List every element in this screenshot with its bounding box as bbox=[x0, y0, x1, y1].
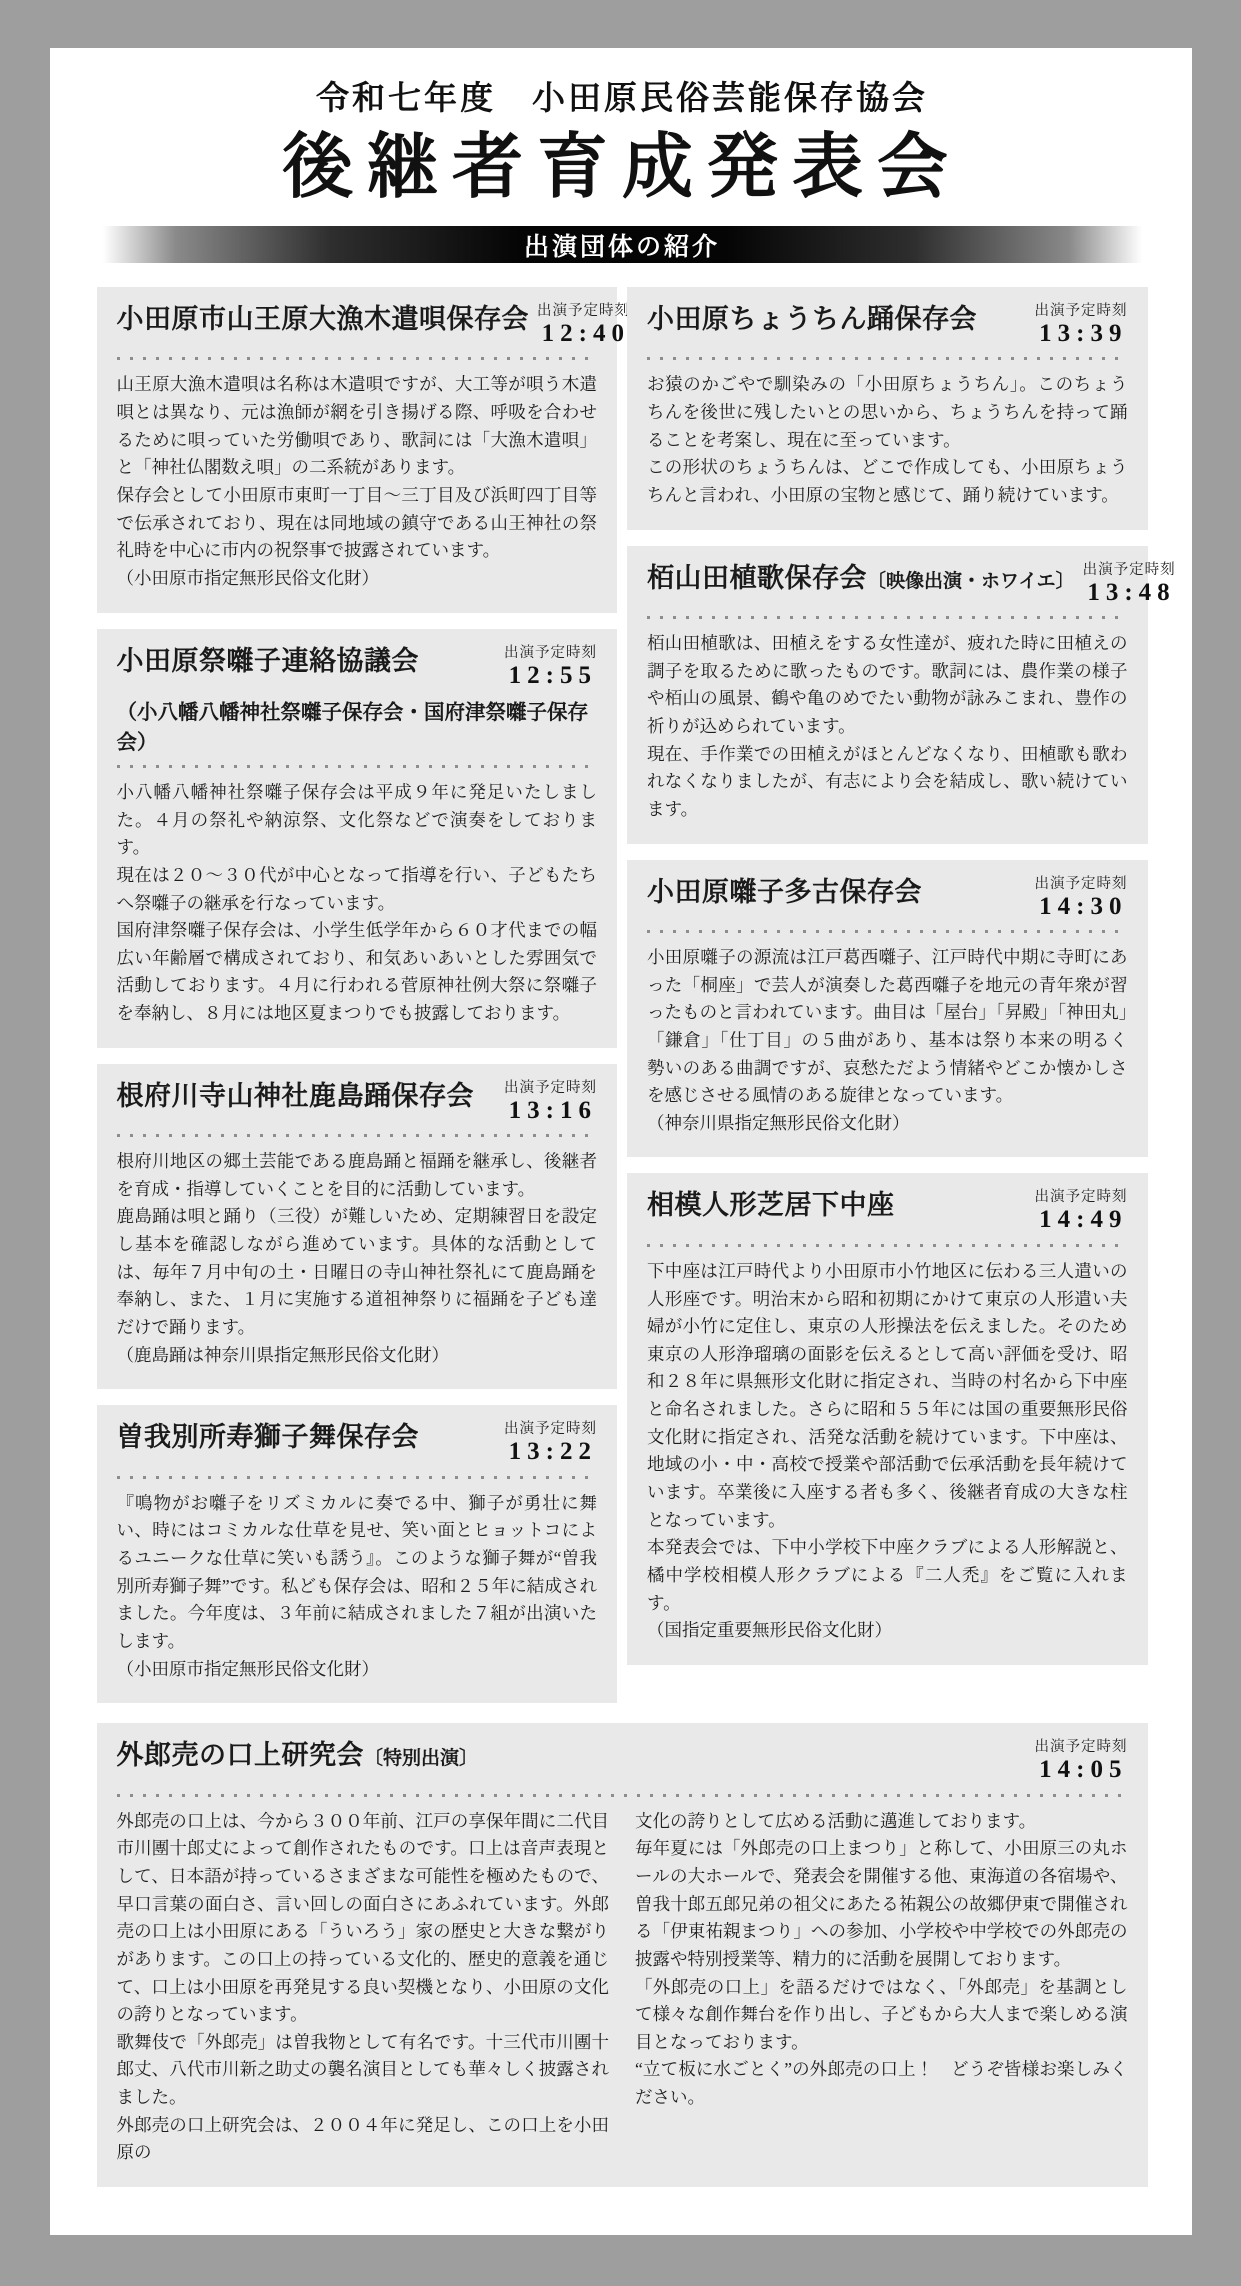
right-column: 小田原ちょうちん踊保存会 出演予定時刻 13:39 お猿のかごやで馴染みの「小田… bbox=[627, 287, 1148, 1681]
description-paragraph: 国府津祭囃子保存会は、小学生低学年から６０才代までの幅広い年齢層で構成されており… bbox=[117, 917, 598, 1028]
time-label: 出演予定時刻 bbox=[504, 1422, 597, 1438]
performance-time: 出演予定時刻 12:40 bbox=[537, 304, 630, 347]
time-label: 出演予定時刻 bbox=[504, 646, 597, 662]
designation-note: （小田原市指定無形民俗文化財） bbox=[117, 1656, 598, 1684]
card-head: 小田原ちょうちん踊保存会 出演予定時刻 13:39 bbox=[647, 304, 1128, 347]
description-paragraph: この形状のちょうちんは、どこで作成しても、小田原ちょうちんと言われ、小田原の宝物… bbox=[647, 454, 1128, 509]
group-title: 根府川寺山神社鹿島踊保存会 bbox=[117, 1081, 475, 1112]
time-value: 12:40 bbox=[537, 320, 630, 348]
card-head: 小田原祭囃子連絡協議会 出演予定時刻 12:55 bbox=[117, 646, 598, 689]
group-title: 栢山田植歌保存会〔映像出演・ホワイエ〕 bbox=[647, 563, 1075, 594]
card-head: 根府川寺山神社鹿島踊保存会 出演予定時刻 13:16 bbox=[117, 1081, 598, 1124]
description-paragraph: 文化の誇りとして広める活動に邁進しております。 bbox=[635, 1808, 1128, 1836]
performance-time: 出演予定時刻 12:55 bbox=[504, 646, 597, 689]
special-left-column: 外郎売の口上は、今から３００年前、江戸の享保年間に二代目市川團十郎丈によって創作… bbox=[117, 1808, 610, 2167]
group-title-note: 〔映像出演・ホワイエ〕 bbox=[867, 571, 1075, 592]
time-value: 14:05 bbox=[1035, 1756, 1128, 1784]
time-label: 出演予定時刻 bbox=[1035, 304, 1128, 320]
left-column: 小田原市山王原大漁木遣唄保存会 出演予定時刻 12:40 山王原大漁木遣唄は名称… bbox=[97, 287, 618, 1719]
description-paragraph: 本発表会では、下中小学校下中座クラブによる人形解説と、橘中学校相模人形クラブによ… bbox=[647, 1534, 1128, 1617]
group-title: 曽我別所寿獅子舞保存会 bbox=[117, 1422, 420, 1453]
time-label: 出演予定時刻 bbox=[1083, 563, 1176, 579]
group-card-sannohara: 小田原市山王原大漁木遣唄保存会 出演予定時刻 12:40 山王原大漁木遣唄は名称… bbox=[97, 287, 618, 613]
group-card-sogabessho: 曽我別所寿獅子舞保存会 出演予定時刻 13:22 『鳴物がお囃子をリズミカルに奏… bbox=[97, 1405, 618, 1703]
description-paragraph: 鹿島踊は唄と踊り（三役）が難しいため、定期練習日を設定し基本を確認しながら進めて… bbox=[117, 1203, 598, 1341]
group-card-matsuribayashi: 小田原祭囃子連絡協議会 出演予定時刻 12:55 （小八幡八幡神社祭囃子保存会・… bbox=[97, 629, 618, 1048]
performance-time: 出演予定時刻 13:22 bbox=[504, 1422, 597, 1465]
group-card-shimonakaza: 相模人形芝居下中座 出演予定時刻 14:49 下中座は江戸時代より小田原市小竹地… bbox=[627, 1173, 1148, 1664]
time-value: 14:49 bbox=[1035, 1206, 1128, 1234]
flyer-header: 令和七年度 小田原民俗芸能保存協会 後継者育成発表会 bbox=[97, 72, 1148, 204]
description-paragraph: 現在、手作業での田植えがほとんどなくなり、田植歌も歌われなくなりましたが、有志に… bbox=[647, 741, 1128, 824]
group-card-chochin: 小田原ちょうちん踊保存会 出演予定時刻 13:39 お猿のかごやで馴染みの「小田… bbox=[627, 287, 1148, 530]
group-card-kayama: 栢山田植歌保存会〔映像出演・ホワイエ〕 出演予定時刻 13:48 栢山田植歌は、… bbox=[627, 546, 1148, 844]
description-paragraph: 外郎売の口上研究会は、２００４年に発足し、この口上を小田原の bbox=[117, 2112, 610, 2167]
group-card-tako: 小田原囃子多古保存会 出演予定時刻 14:30 小田原囃子の源流は江戸葛西囃子、… bbox=[627, 860, 1148, 1158]
card-head: 小田原市山王原大漁木遣唄保存会 出演予定時刻 12:40 bbox=[117, 304, 598, 347]
card-head: 小田原囃子多古保存会 出演予定時刻 14:30 bbox=[647, 877, 1128, 920]
banner-label: 出演団体の紹介 bbox=[524, 227, 720, 263]
description-paragraph: 小田原囃子の源流は江戸葛西囃子、江戸時代中期に寺町にあった「桐座」で芸人が演奏し… bbox=[647, 944, 1128, 1110]
card-head: 相模人形芝居下中座 出演予定時刻 14:49 bbox=[647, 1190, 1128, 1233]
card-head: 外郎売の口上研究会〔特別出演〕 出演予定時刻 14:05 bbox=[117, 1740, 1128, 1783]
group-title: 相模人形芝居下中座 bbox=[647, 1190, 895, 1221]
group-title: 小田原市山王原大漁木遣唄保存会 bbox=[117, 304, 530, 335]
special-two-columns: 外郎売の口上は、今から３００年前、江戸の享保年間に二代目市川團十郎丈によって創作… bbox=[117, 1808, 1128, 2167]
dotted-divider bbox=[647, 930, 1128, 933]
special-card-uirouri: 外郎売の口上研究会〔特別出演〕 出演予定時刻 14:05 外郎売の口上は、今から… bbox=[97, 1723, 1148, 2187]
description-paragraph: 現在は２０〜３０代が中心となって指導を行い、子どもたちへ祭囃子の継承を行なってい… bbox=[117, 862, 598, 917]
page-title: 後継者育成発表会 bbox=[97, 133, 1148, 204]
description-paragraph: 毎年夏には「外郎売の口上まつり」と称して、小田原三の丸ホールの大ホールで、発表会… bbox=[635, 1835, 1128, 1973]
description-paragraph: お猿のかごやで馴染みの「小田原ちょうちん」。このちょうちんを後世に残したいとの思… bbox=[647, 371, 1128, 454]
time-label: 出演予定時刻 bbox=[537, 304, 630, 320]
card-head: 栢山田植歌保存会〔映像出演・ホワイエ〕 出演予定時刻 13:48 bbox=[647, 563, 1128, 606]
description-paragraph: 『鳴物がお囃子をリズミカルに奏でる中、獅子が勇壮に舞い、時にはコミカルな仕草を見… bbox=[117, 1490, 598, 1656]
group-title-main: 栢山田植歌保存会 bbox=[647, 563, 867, 593]
performance-time: 出演予定時刻 14:05 bbox=[1035, 1740, 1128, 1783]
designation-note: （小田原市指定無形民俗文化財） bbox=[117, 565, 598, 593]
performance-time: 出演予定時刻 13:16 bbox=[504, 1081, 597, 1124]
time-value: 14:30 bbox=[1035, 893, 1128, 921]
group-card-nebukawa: 根府川寺山神社鹿島踊保存会 出演予定時刻 13:16 根府川地区の郷土芸能である… bbox=[97, 1064, 618, 1390]
flyer-page: 令和七年度 小田原民俗芸能保存協会 後継者育成発表会 出演団体の紹介 小田原市山… bbox=[50, 48, 1192, 2235]
time-label: 出演予定時刻 bbox=[504, 1081, 597, 1097]
description-paragraph: 小八幡八幡神社祭囃子保存会は平成９年に発足いたしました。４月の祭礼や納涼祭、文化… bbox=[117, 779, 598, 862]
description-paragraph: 保存会として小田原市東町一丁目〜三丁目及び浜町四丁目等で伝承されており、現在は同… bbox=[117, 482, 598, 565]
dotted-divider bbox=[117, 357, 598, 360]
special-right-column: 文化の誇りとして広める活動に邁進しております。 毎年夏には「外郎売の口上まつり」… bbox=[635, 1808, 1128, 2167]
description-paragraph: “立て板に水ごとく”の外郎売の口上！ どうぞ皆様お楽しみください。 bbox=[635, 2056, 1128, 2111]
dotted-divider bbox=[117, 1794, 1128, 1797]
group-title: 外郎売の口上研究会〔特別出演〕 bbox=[117, 1740, 479, 1771]
description-paragraph: 下中座は江戸時代より小田原市小竹地区に伝わる三人遣いの人形座です。明治末から昭和… bbox=[647, 1258, 1128, 1534]
section-banner: 出演団体の紹介 bbox=[103, 226, 1142, 263]
dotted-divider bbox=[647, 616, 1128, 619]
designation-note: （鹿島踊は神奈川県指定無形民俗文化財） bbox=[117, 1342, 598, 1370]
group-title-note: 〔特別出演〕 bbox=[364, 1748, 478, 1769]
performance-time: 出演予定時刻 14:30 bbox=[1035, 877, 1128, 920]
description-paragraph: 根府川地区の郷土芸能である鹿島踊と福踊を継承し、後継者を育成・指導していくことを… bbox=[117, 1148, 598, 1203]
description-paragraph: 歌舞伎で「外郎売」は曽我物として有名です。十三代市川團十郎丈、八代市川新之助丈の… bbox=[117, 2029, 610, 2112]
description-paragraph: 外郎売の口上は、今から３００年前、江戸の享保年間に二代目市川團十郎丈によって創作… bbox=[117, 1808, 610, 2029]
dotted-divider bbox=[647, 1244, 1128, 1247]
group-subtitle: （小八幡八幡神社祭囃子保存会・国府津祭囃子保存会） bbox=[117, 695, 598, 755]
group-title-main: 外郎売の口上研究会 bbox=[117, 1740, 365, 1770]
group-title: 小田原祭囃子連絡協議会 bbox=[117, 646, 420, 677]
time-value: 13:39 bbox=[1035, 320, 1128, 348]
dotted-divider bbox=[117, 1476, 598, 1479]
performance-time: 出演予定時刻 13:48 bbox=[1083, 563, 1176, 606]
description-paragraph: 山王原大漁木遣唄は名称は木遣唄ですが、大工等が唄う木遣唄とは異なり、元は漁師が網… bbox=[117, 371, 598, 482]
association-line: 令和七年度 小田原民俗芸能保存協会 bbox=[97, 72, 1148, 119]
designation-note: （神奈川県指定無形民俗文化財） bbox=[647, 1110, 1128, 1138]
group-title: 小田原囃子多古保存会 bbox=[647, 877, 922, 908]
time-label: 出演予定時刻 bbox=[1035, 1740, 1128, 1756]
dotted-divider bbox=[647, 357, 1128, 360]
performance-time: 出演予定時刻 14:49 bbox=[1035, 1190, 1128, 1233]
card-head: 曽我別所寿獅子舞保存会 出演予定時刻 13:22 bbox=[117, 1422, 598, 1465]
time-label: 出演予定時刻 bbox=[1035, 1190, 1128, 1206]
time-value: 13:48 bbox=[1083, 579, 1176, 607]
time-value: 13:16 bbox=[504, 1097, 597, 1125]
time-value: 13:22 bbox=[504, 1438, 597, 1466]
description-paragraph: 「外郎売の口上」を語るだけではなく、「外郎売」を基調として様々な創作舞台を作り出… bbox=[635, 1974, 1128, 2057]
time-value: 12:55 bbox=[504, 662, 597, 690]
description-paragraph: 栢山田植歌は、田植えをする女性達が、疲れた時に田植えの調子を取るために歌ったもの… bbox=[647, 630, 1128, 741]
time-label: 出演予定時刻 bbox=[1035, 877, 1128, 893]
dotted-divider bbox=[117, 1134, 598, 1137]
group-title: 小田原ちょうちん踊保存会 bbox=[647, 304, 977, 335]
dotted-divider bbox=[117, 765, 598, 768]
two-column-layout: 小田原市山王原大漁木遣唄保存会 出演予定時刻 12:40 山王原大漁木遣唄は名称… bbox=[97, 287, 1148, 1719]
designation-note: （国指定重要無形民俗文化財） bbox=[647, 1617, 1128, 1645]
performance-time: 出演予定時刻 13:39 bbox=[1035, 304, 1128, 347]
